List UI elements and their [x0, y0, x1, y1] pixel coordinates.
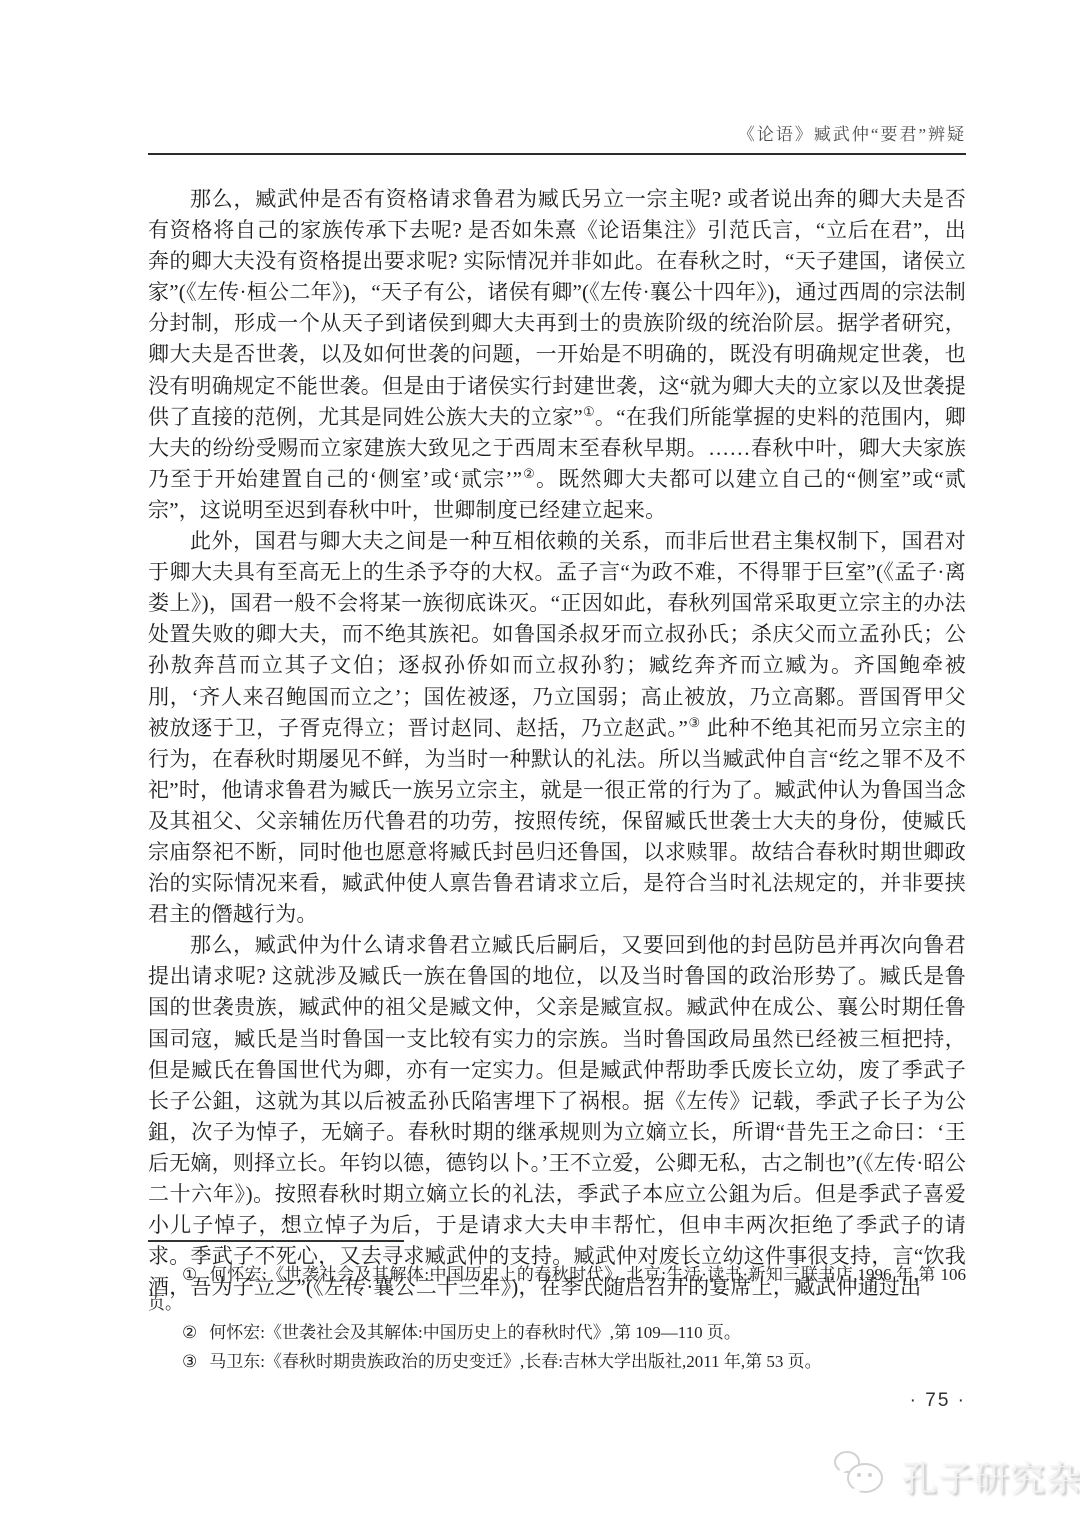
- header-rule: [148, 153, 966, 155]
- body-paragraph-1: 那么，臧武仲是否有资格请求鲁君为臧氏另立一宗主呢? 或者说出奔的卿大夫是否有资格…: [148, 184, 966, 526]
- running-title: 《论语》臧武仲“要君”辨疑: [148, 0, 966, 145]
- footnote-text: 何怀宏:《世袭社会及其解体:中国历史上的春秋时代》,第 109—110 页。: [209, 1323, 741, 1342]
- body-paragraph-2: 此外，国君与卿大夫之间是一种互相依赖的关系，而非后世君主集权制下，国君对于卿大夫…: [148, 526, 966, 930]
- footnotes-section: ①何怀宏:《世袭社会及其解体:中国历史上的春秋时代》,北京:生活·读书·新知三联…: [148, 1240, 966, 1376]
- footnote-text: 马卫东:《春秋时期贵族政治的历史变迁》,长春:吉林大学出版社,2011 年,第 …: [209, 1352, 821, 1371]
- page-number: · 75 ·: [780, 1390, 966, 1412]
- journal-watermark: 孔子研究杂志: [832, 1448, 1080, 1505]
- wechat-bubbles-icon: [832, 1448, 892, 1505]
- footnote-item: ①何怀宏:《世袭社会及其解体:中国历史上的春秋时代》,北京:生活·读书·新知三联…: [148, 1260, 966, 1318]
- footnote-marker: ②: [182, 1323, 197, 1342]
- page-header: 《论语》臧武仲“要君”辨疑: [148, 0, 966, 163]
- footnote-text: 何怀宏:《世袭社会及其解体:中国历史上的春秋时代》,北京:生活·读书·新知三联书…: [148, 1265, 966, 1313]
- footnote-item: ②何怀宏:《世袭社会及其解体:中国历史上的春秋时代》,第 109—110 页。: [148, 1318, 966, 1347]
- journal-page: 《论语》臧武仲“要君”辨疑 那么，臧武仲是否有资格请求鲁君为臧氏另立一宗主呢? …: [0, 0, 1080, 1526]
- footnote-marker: ①: [182, 1265, 198, 1284]
- footnote-item: ③马卫东:《春秋时期贵族政治的历史变迁》,长春:吉林大学出版社,2011 年,第…: [148, 1347, 966, 1376]
- article-body: 那么，臧武仲是否有资格请求鲁君为臧氏另立一宗主呢? 或者说出奔的卿大夫是否有资格…: [148, 184, 966, 1303]
- footnote-marker: ③: [182, 1352, 197, 1371]
- footnote-separator: [148, 1240, 404, 1242]
- journal-watermark-text: 孔子研究杂志: [902, 1452, 1080, 1502]
